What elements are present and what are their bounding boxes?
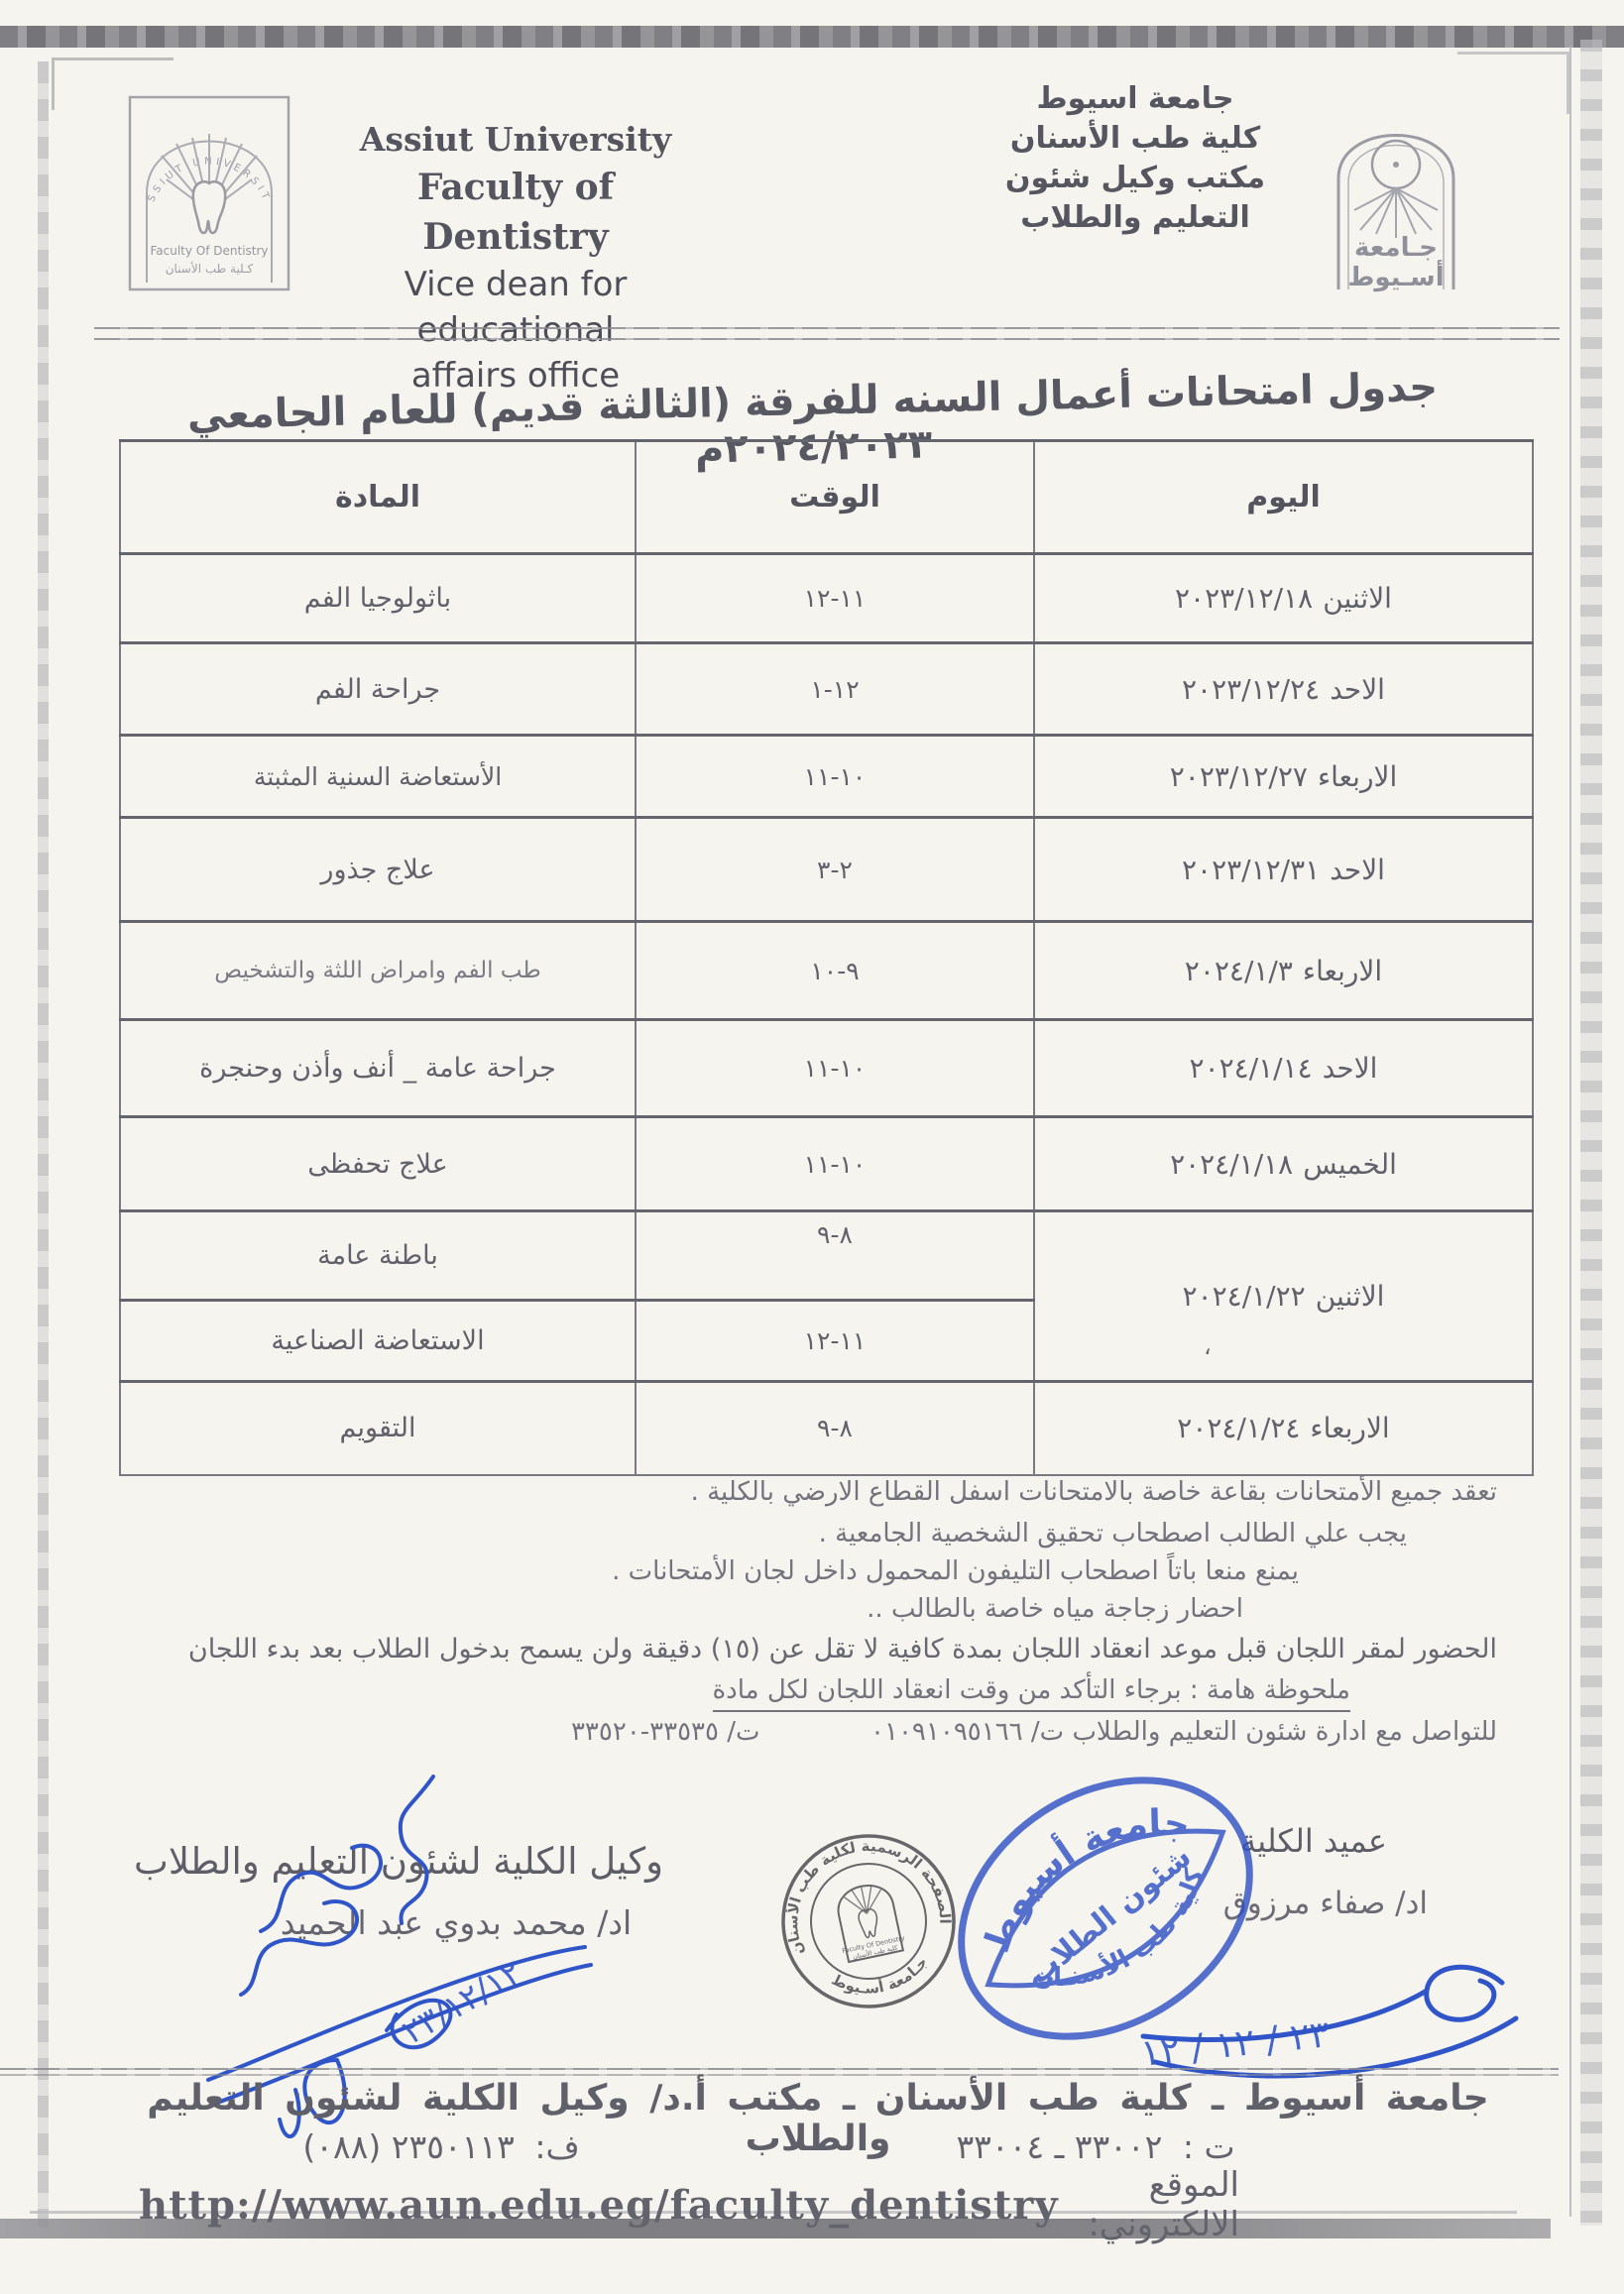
note-water-bottle: احضار زجاجة مياه خاصة بالطالب .. — [867, 1594, 1243, 1624]
column-header-time: الوقت — [636, 441, 1034, 554]
footer-divider-line2 — [0, 2074, 1559, 2076]
svg-text:أسـيوط: أسـيوط — [1347, 260, 1444, 292]
scan-corner-topright — [1457, 52, 1569, 114]
time-cell: ٩-٨ — [636, 1382, 1034, 1475]
note-contact: للتواصل مع ادارة شئون التعليم والطلاب ت/… — [571, 1717, 1497, 1747]
table-row: الخميس٢٠٢٤/١/١٨ ١١-١٠ علاج تحفظى — [120, 1117, 1533, 1211]
contact-office-numbers: ٣٣٥٢٠-٣٣٥٣٥ — [571, 1717, 719, 1747]
office-name-ar-line1: مكتب وكيل شئون — [1001, 159, 1269, 198]
time-cell: ١٢-١١ — [636, 554, 1034, 643]
table-row: الاربعاء٢٠٢٤/١/٢٤ ٩-٨ التقويم — [120, 1382, 1533, 1475]
subject-cell: جراحة الفم — [120, 643, 636, 736]
subject-cell: جراحة عامة _ أنف وأذن وحنجرة — [120, 1020, 636, 1117]
footer-divider-line1 — [0, 2068, 1559, 2070]
svg-text:كـلية طب الأسنان: كـلية طب الأسنان — [166, 261, 254, 276]
fax-number: (٠٨٨) ٢٣٥٠١١٣ — [302, 2127, 515, 2166]
time-cell: ١١-١٠ — [636, 736, 1034, 818]
table-row: الاثنين٢٠٢٣/١٢/١٨ ١٢-١١ باثولوجيا الفم — [120, 554, 1533, 643]
contact-mobile-number: ٠١٠٩١٠٩٥١٦٦ — [870, 1717, 1023, 1747]
subject-cell: علاج تحفظى — [120, 1117, 636, 1211]
scan-comma-mark: ، — [1204, 1332, 1212, 1360]
university-logo: جـامعة أسـيوط — [1321, 91, 1471, 297]
table-row: الاثنين٢٠٢٤/١/٢٢ ، ٩-٨ باطنة عامة — [120, 1211, 1533, 1301]
subject-cell: الاستعاضة الصناعية — [120, 1301, 636, 1382]
column-header-subject: المادة — [120, 441, 636, 554]
table-row: الاحد٢٠٢٤/١/١٤ ١١-١٠ جراحة عامة _ أنف وأ… — [120, 1020, 1533, 1117]
svg-text:Faculty Of Dentistry: Faculty Of Dentistry — [150, 244, 268, 258]
university-name-en: Assiut University — [327, 117, 704, 163]
time-cell: ١٠-٩ — [636, 922, 1034, 1020]
header-arabic-block: جامعة اسيوط كلية طب الأسنان مكتب وكيل شئ… — [1001, 79, 1269, 238]
phone-label: ت : — [1183, 2127, 1235, 2166]
subject-cell: طب الفم وامراض اللثة والتشخيص — [120, 922, 636, 1020]
scan-right-edge — [1580, 40, 1602, 2226]
table-header-row: اليوم الوقت المادة — [120, 441, 1533, 554]
subject-cell: باثولوجيا الفم — [120, 554, 636, 643]
time-cell: ٣-٢ — [636, 818, 1034, 922]
website-label: الموقع الالكتروني: — [1065, 2165, 1239, 2244]
scan-left-edge — [38, 61, 49, 2228]
table-row: الاحد٢٠٢٣/١٢/٢٤ ١-١٢ جراحة الفم — [120, 643, 1533, 736]
time-cell: ١١-١٠ — [636, 1020, 1034, 1117]
website-url: http://www.aun.edu.eg/faculty_dentistry — [139, 2182, 1059, 2229]
faculty-name-ar: كلية طب الأسنان — [1001, 119, 1269, 159]
header-divider-line1 — [94, 327, 1560, 329]
time-cell: ١١-١٠ — [636, 1117, 1034, 1211]
svg-text:جـامعة أسـيوط: جـامعة أسـيوط — [826, 1951, 935, 2007]
table-row: الاحد٢٠٢٣/١٢/٣١ ٣-٢ علاج جذور — [120, 818, 1533, 922]
day-cell: الخميس٢٠٢٤/١/١٨ — [1034, 1117, 1533, 1211]
table-row: الاربعاء٢٠٢٤/١/٣ ١٠-٩ طب الفم وامراض الل… — [120, 922, 1533, 1020]
note-no-mobiles: يمنع منعا باتاً اصطحاب التليفون المحمول … — [612, 1556, 1299, 1586]
office-name-ar-line2: التعليم والطلاب — [1001, 198, 1269, 238]
scan-right-line — [1569, 46, 1571, 2217]
footer-phone: ت : ٣٣٠٠٤ ـ ٣٣٠٠٢ — [882, 2127, 1299, 2166]
time-cell: ٩-٨ — [636, 1211, 1034, 1301]
note-important: ملحوظة هامة : برجاء التأكد من وقت انعقاد… — [713, 1675, 1351, 1712]
day-cell-merged: الاثنين٢٠٢٤/١/٢٢ ، — [1034, 1211, 1533, 1382]
phone-numbers: ٣٣٠٠٤ ـ ٣٣٠٠٢ — [956, 2127, 1162, 2166]
scanned-exam-schedule-document: ASSIUT UNIVERSITY Faculty Of Dentistry ك… — [0, 0, 1624, 2294]
dentistry-logo: ASSIUT UNIVERSITY Faculty Of Dentistry ك… — [127, 94, 291, 292]
subject-cell: التقويم — [120, 1382, 636, 1475]
fax-label: ف: — [534, 2127, 579, 2166]
column-header-day: اليوم — [1034, 441, 1533, 554]
note-university-id: يجب علي الطالب اصطحاب تحقيق الشخصية الجا… — [819, 1519, 1407, 1548]
time-cell: ١٢-١١ — [636, 1301, 1034, 1382]
header-english-block: Assiut University Faculty of Dentistry V… — [327, 117, 704, 399]
exam-schedule-table: اليوم الوقت المادة الاثنين٢٠٢٣/١٢/١٨ ١٢-… — [119, 439, 1534, 1476]
footer-website-line: الموقع الالكتروني: http://www.aun.edu.eg… — [139, 2165, 1239, 2244]
day-cell: الاحد٢٠٢٤/١/١٤ — [1034, 1020, 1533, 1117]
scan-top-edge — [0, 26, 1624, 48]
svg-text:جـامعة: جـامعة — [1354, 233, 1438, 263]
day-cell: الاربعاء٢٠٢٤/١/٢٤ — [1034, 1382, 1533, 1475]
faculty-name-en: Faculty of Dentistry — [327, 163, 704, 262]
day-cell: الاحد٢٠٢٣/١٢/٢٤ — [1034, 643, 1533, 736]
subject-cell: علاج جذور — [120, 818, 636, 922]
time-cell: ١-١٢ — [636, 643, 1034, 736]
day-cell: الاحد٢٠٢٣/١٢/٣١ — [1034, 818, 1533, 922]
header-divider-line2 — [94, 338, 1560, 340]
note-exam-hall: تعقد جميع الأمتحانات بقاعة خاصة بالامتحا… — [691, 1477, 1497, 1507]
day-cell: الاثنين٢٠٢٣/١٢/١٨ — [1034, 554, 1533, 643]
footer-fax: ف: (٠٨٨) ٢٣٥٠١١٣ — [223, 2127, 649, 2166]
table-row: الاربعاء٢٠٢٣/١٢/٢٧ ١١-١٠ الأستعاضة السني… — [120, 736, 1533, 818]
day-cell: الاربعاء٢٠٢٤/١/٣ — [1034, 922, 1533, 1020]
subject-cell: الأستعاضة السنية المثبتة — [120, 736, 636, 818]
subject-cell: باطنة عامة — [120, 1211, 636, 1301]
day-cell: الاربعاء٢٠٢٣/١٢/٢٧ — [1034, 736, 1533, 818]
university-name-ar: جامعة اسيوط — [1001, 79, 1269, 119]
note-attendance-time: الحضور لمقر اللجان قبل موعد انعقاد اللجا… — [188, 1634, 1497, 1664]
contact-tel-label1: ت/ — [1031, 1717, 1064, 1747]
contact-tel-label2: ت/ — [727, 1717, 759, 1747]
